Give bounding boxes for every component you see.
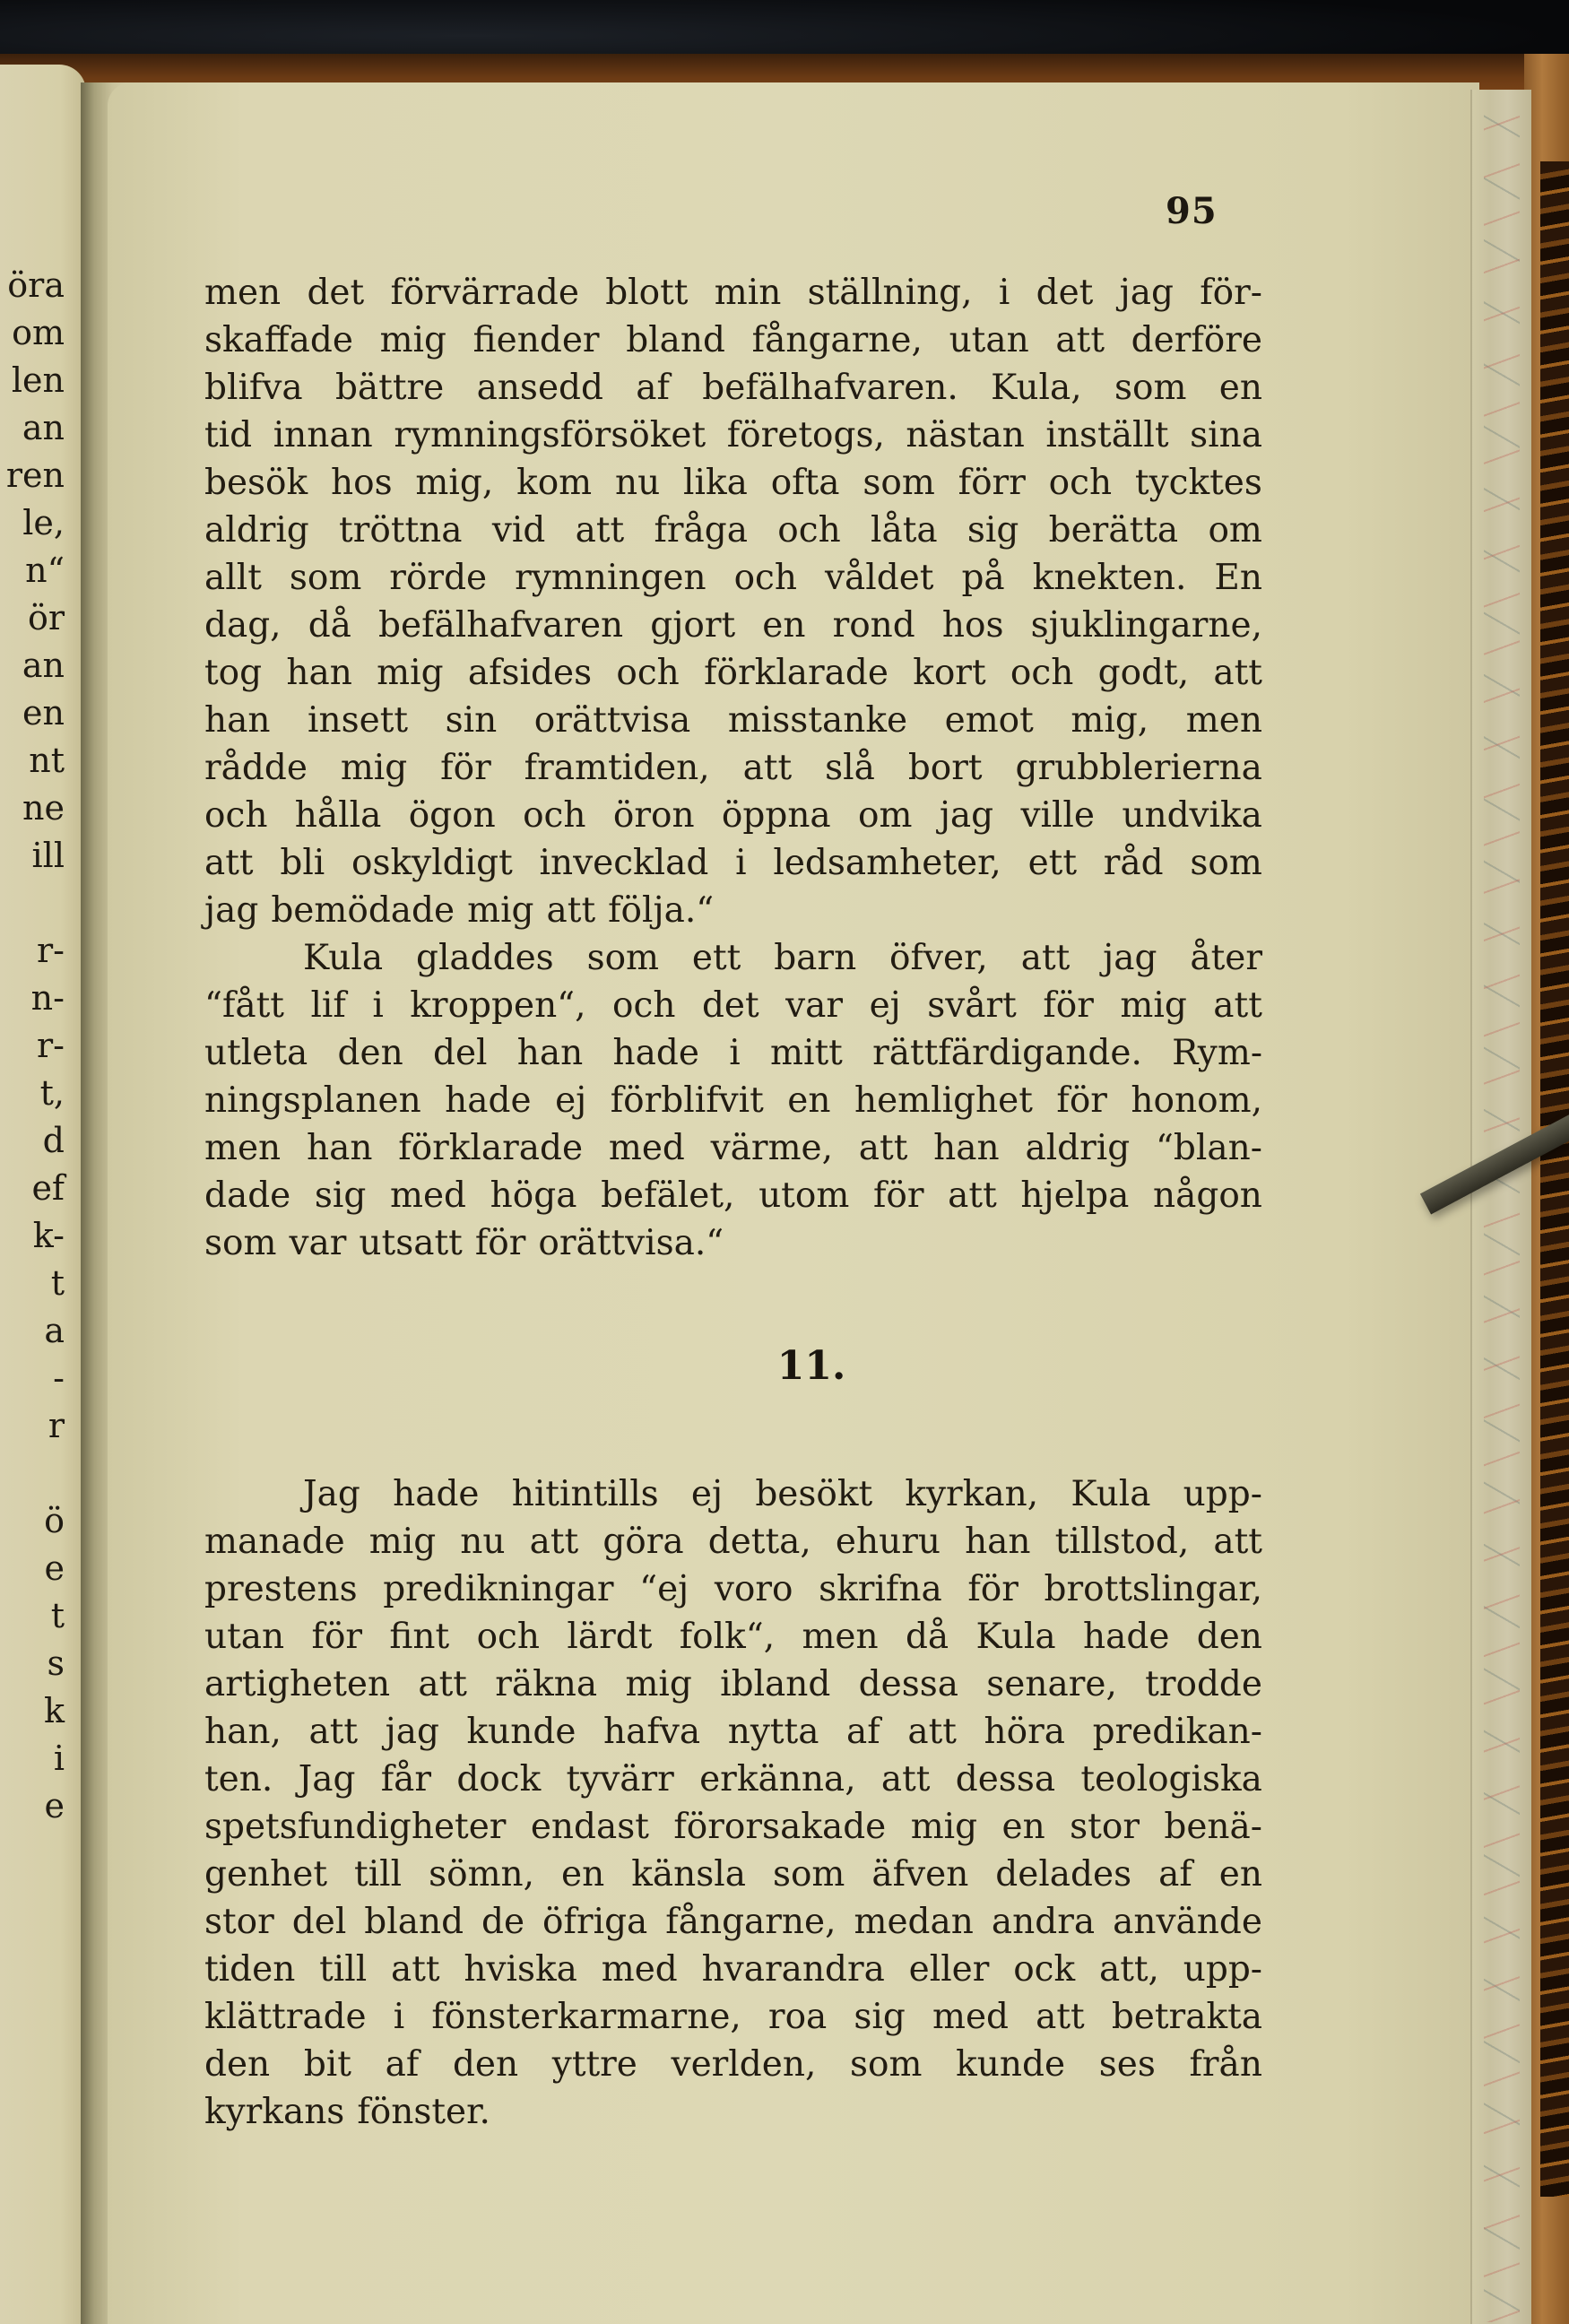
text-line: attblioskyldigtinveckladiledsamheter,ett… (204, 839, 1262, 887)
facing-page-fragment: en (0, 689, 86, 737)
facing-page-fragment: ren (0, 452, 86, 499)
text-line: menhanförklarademedvärme,atthanaldrig“bl… (204, 1124, 1262, 1172)
text-line: ningsplanenhadeejförblifvitenhemlighetfö… (204, 1077, 1262, 1124)
text-line: klättradeifönsterkarmarne,roasigmedattbe… (204, 1993, 1262, 2041)
text-line: “fåttlifikroppen“,ochdetvarejsvårtförmig… (204, 982, 1262, 1029)
facing-page-fragment: ef (0, 1165, 86, 1212)
facing-page-fragment: r- (0, 927, 86, 975)
facing-page-fragment: n- (0, 975, 86, 1022)
facing-page-fragment: s (0, 1640, 86, 1687)
text-line: ochhållaögonochöronöppnaomjagvilleundvik… (204, 792, 1262, 839)
facing-page-fragment: t, (0, 1070, 86, 1117)
text-line: jagbemödademigattfölja.“ (204, 887, 1262, 934)
text-line: kyrkansfönster. (204, 2088, 1262, 2136)
text-line: denbitafdenyttreverlden,somkundesesfrån (204, 2041, 1262, 2088)
facing-page-fragment: len (0, 357, 86, 404)
marbled-page-edge (1484, 108, 1520, 2322)
facing-page-fragment: t (0, 1592, 86, 1640)
facing-page-fragment: k (0, 1687, 86, 1735)
text-line: aldrigtröttnavidattfrågaochlåtasigberätt… (204, 507, 1262, 554)
text-line: tidentillatthviskamedhvarandraellerockat… (204, 1946, 1262, 1993)
facing-page-fragment: an (0, 642, 86, 689)
facing-page-fragment: ne (0, 785, 86, 832)
facing-page-fragment: om (0, 309, 86, 357)
page-number: 95 (1166, 190, 1218, 232)
facing-page-fragment: k- (0, 1212, 86, 1260)
facing-page-fragment: e (0, 1782, 86, 1830)
text-line: toghanmigafsidesochförklaradekortochgodt… (204, 649, 1262, 697)
text-line: råddemigförframtiden,attslåbortgrubbleri… (204, 744, 1262, 792)
text-line: skaffademigfienderblandfångarne,utanattd… (204, 317, 1262, 364)
text-line: haninsettsinorättvisamisstankeemotmig,me… (204, 697, 1262, 744)
text-line: stordelblanddeöfrigafångarne,medanandraa… (204, 1898, 1262, 1946)
text-line: Jaghadehitintillsejbesöktkyrkan,Kulaupp- (204, 1470, 1262, 1518)
facing-page-fragment: öra (0, 262, 86, 309)
facing-page-fragment: t (0, 1260, 86, 1307)
text-line: blifvabättreanseddafbefälhafvaren.Kula,s… (204, 364, 1262, 412)
text-line: mendetförvärradeblottminställning,idetja… (204, 269, 1262, 317)
text-line: ten.Jagfårdocktyvärrerkänna,attdessateol… (204, 1756, 1262, 1803)
facing-page-fragment: r (0, 1402, 86, 1450)
chapter-heading: 11. (0, 1343, 1569, 1389)
facing-page-fragment: r- (0, 1022, 86, 1070)
text-line: spetsfundigheterendastförorsakademigenst… (204, 1803, 1262, 1851)
text-line: dag,dåbefälhafvarengjortenrondhossjuklin… (204, 602, 1262, 649)
text-line: Kulagladdessomettbarnöfver,attjagåter (204, 934, 1262, 982)
text-line: artighetenatträknamigiblanddessasenare,t… (204, 1661, 1262, 1708)
text-line: besökhosmig,komnulikaoftasomförrochtyckt… (204, 459, 1262, 507)
body-text-section-2: Jaghadehitintillsejbesöktkyrkan,Kulaupp-… (204, 1470, 1262, 2136)
facing-page-fragment: i (0, 1735, 86, 1782)
text-line: somvarutsattförorättvisa.“ (204, 1219, 1262, 1267)
text-line: tidinnanrymningsförsöketföretogs,nästani… (204, 412, 1262, 459)
marbled-cover-board (1540, 161, 1569, 2197)
text-line: prestenspredikningar“ejvoroskrifnaförbro… (204, 1565, 1262, 1613)
text-line: dadesigmedhögabefälet,utomföratthjelpanå… (204, 1172, 1262, 1219)
text-line: utletadendelhanhadeimitträttfärdigande.R… (204, 1029, 1262, 1077)
facing-page-left: öraomlenanrenle,n“öranenntneillr-n-r-t,d… (0, 65, 86, 2324)
facing-page-fragment: ill (0, 832, 86, 880)
facing-page-fragment: an (0, 404, 86, 452)
text-line: genhettillsömn,enkänslasomäfvendeladesaf… (204, 1851, 1262, 1898)
body-text-section-1: mendetförvärradeblottminställning,idetja… (204, 269, 1262, 1267)
text-line: utanförfintochlärdtfolk“,mendåKulahadede… (204, 1613, 1262, 1661)
facing-page-fragment: nt (0, 737, 86, 785)
facing-page-fragment: le, (0, 499, 86, 547)
facing-page-fragment: n“ (0, 547, 86, 594)
facing-page-fragment: ör (0, 594, 86, 642)
facing-page-fragment: ö (0, 1497, 86, 1545)
text-line: manademignuattgöradetta,ehuruhantillstod… (204, 1518, 1262, 1565)
facing-page-fragment: e (0, 1545, 86, 1592)
text-line: alltsomrörderymningenochvåldetpåknekten.… (204, 554, 1262, 602)
text-line: han,attjagkundehafvanyttaafatthörapredik… (204, 1708, 1262, 1756)
facing-page-fragment: d (0, 1117, 86, 1165)
